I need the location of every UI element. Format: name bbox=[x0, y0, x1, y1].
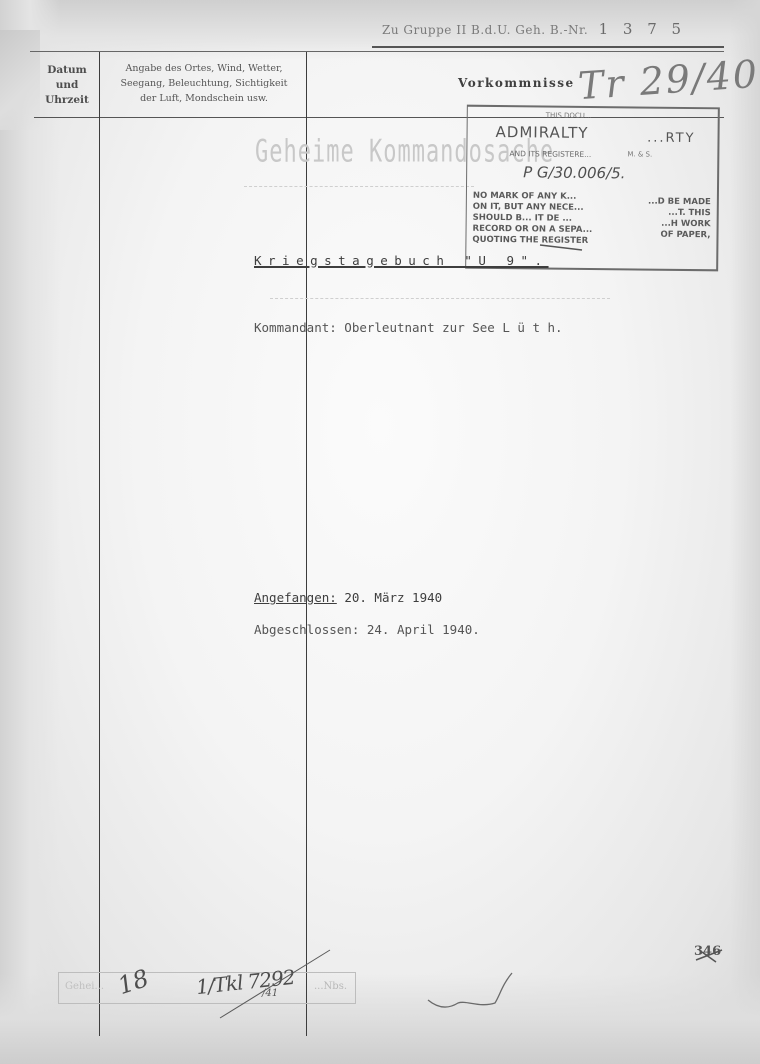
pen-strokes bbox=[0, 0, 760, 1064]
squiggle-stroke bbox=[428, 973, 512, 1007]
title-tail-stroke bbox=[540, 245, 582, 250]
diagonal-stroke bbox=[220, 950, 330, 1018]
document-page: Zu Gruppe II B.d.U. Geh. B.-Nr. 1 3 7 5 … bbox=[0, 0, 760, 1064]
cross-mark bbox=[696, 950, 722, 962]
